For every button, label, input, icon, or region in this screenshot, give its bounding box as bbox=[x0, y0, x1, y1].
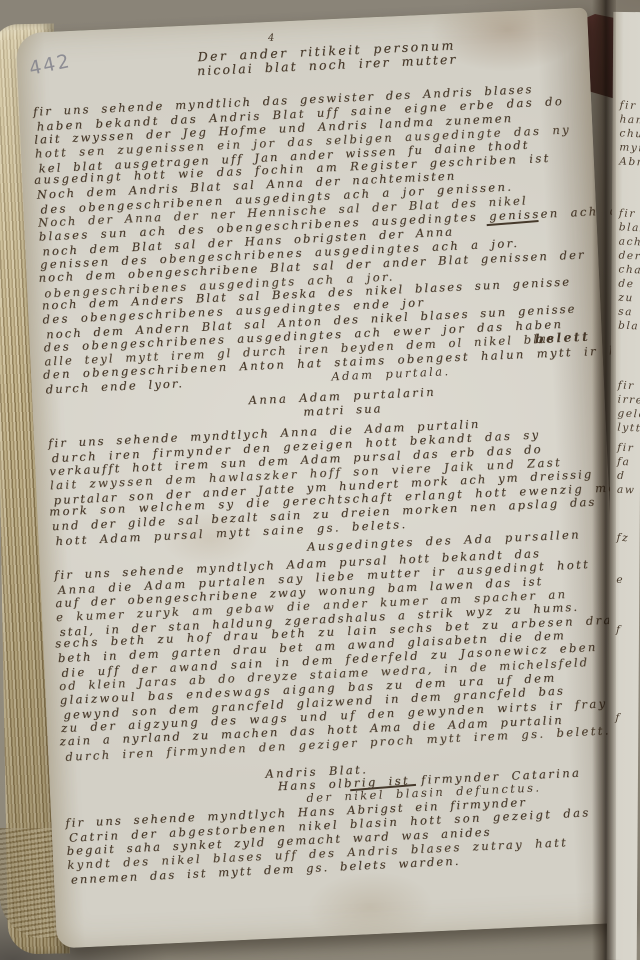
recto-text-fragment: der bbox=[618, 250, 640, 263]
book-gutter-shadow bbox=[592, 0, 616, 960]
recto-text-fragment: ach bbox=[618, 236, 640, 249]
recto-text-fragment: Abr. bbox=[619, 155, 640, 168]
recto-text-fragment: gele bbox=[617, 407, 640, 420]
recto-text-fragment: fir un bbox=[619, 99, 640, 113]
folio-number-pencil: 442 bbox=[27, 50, 73, 80]
recto-text-fragment: f bbox=[615, 712, 621, 724]
recto-text-fragment: fir m bbox=[619, 207, 640, 220]
recto-text-fragment: d bbox=[617, 470, 626, 482]
recto-text-fragment: zu bbox=[618, 292, 634, 305]
recto-text-fragment: fa bbox=[617, 456, 631, 469]
section4-text-block: fir uns sehende myndtlych Hans Abrigst e… bbox=[65, 792, 590, 885]
recto-text-fragment: irre bbox=[617, 393, 640, 406]
page-surface: 442 4 Der ander ritikeit personum nicola… bbox=[16, 7, 629, 948]
emphasized-word-belett: belett bbox=[535, 329, 591, 346]
recto-text-fragment: sa bbox=[618, 306, 633, 319]
recto-text-fragment: lytt bbox=[617, 422, 640, 435]
photo-of-open-manuscript-book: 442 4 Der ander ritikeit personum nicola… bbox=[0, 0, 640, 960]
recto-text-fragment: bla bbox=[618, 320, 640, 333]
recto-text-fragment: de bbox=[618, 278, 635, 291]
recto-text-fragment: ham bbox=[619, 113, 640, 126]
recto-text-fragment: fir u bbox=[617, 379, 640, 392]
recto-text-fragment: chur bbox=[619, 127, 640, 140]
recto-text-fragment: fir bbox=[617, 442, 635, 455]
recto-text-fragment: e bbox=[616, 574, 624, 586]
manuscript-verso-page: 442 4 Der ander ritikeit personum nicola… bbox=[16, 7, 629, 948]
recto-text-fragment: mytt bbox=[619, 141, 640, 154]
recto-text-fragment: f bbox=[616, 624, 622, 636]
recto-text-fragment: blazn bbox=[619, 221, 640, 235]
section2-text-block: fir uns sehende myndtlych Anna die Adam … bbox=[48, 410, 639, 548]
recto-text-fragment: char bbox=[618, 263, 640, 276]
heading-mark: 4 bbox=[268, 33, 275, 44]
section3-text-block: fir uns sehende myndtlych Adam pursal ho… bbox=[54, 542, 630, 762]
recto-text-fragment: fz bbox=[616, 532, 629, 545]
recto-text-fragment: aw bbox=[617, 484, 636, 497]
page-title: Der ander ritikeit personum nicolai blat… bbox=[146, 35, 507, 79]
section1-text-block: fir uns sehende myndtlich das geswister … bbox=[33, 77, 640, 397]
